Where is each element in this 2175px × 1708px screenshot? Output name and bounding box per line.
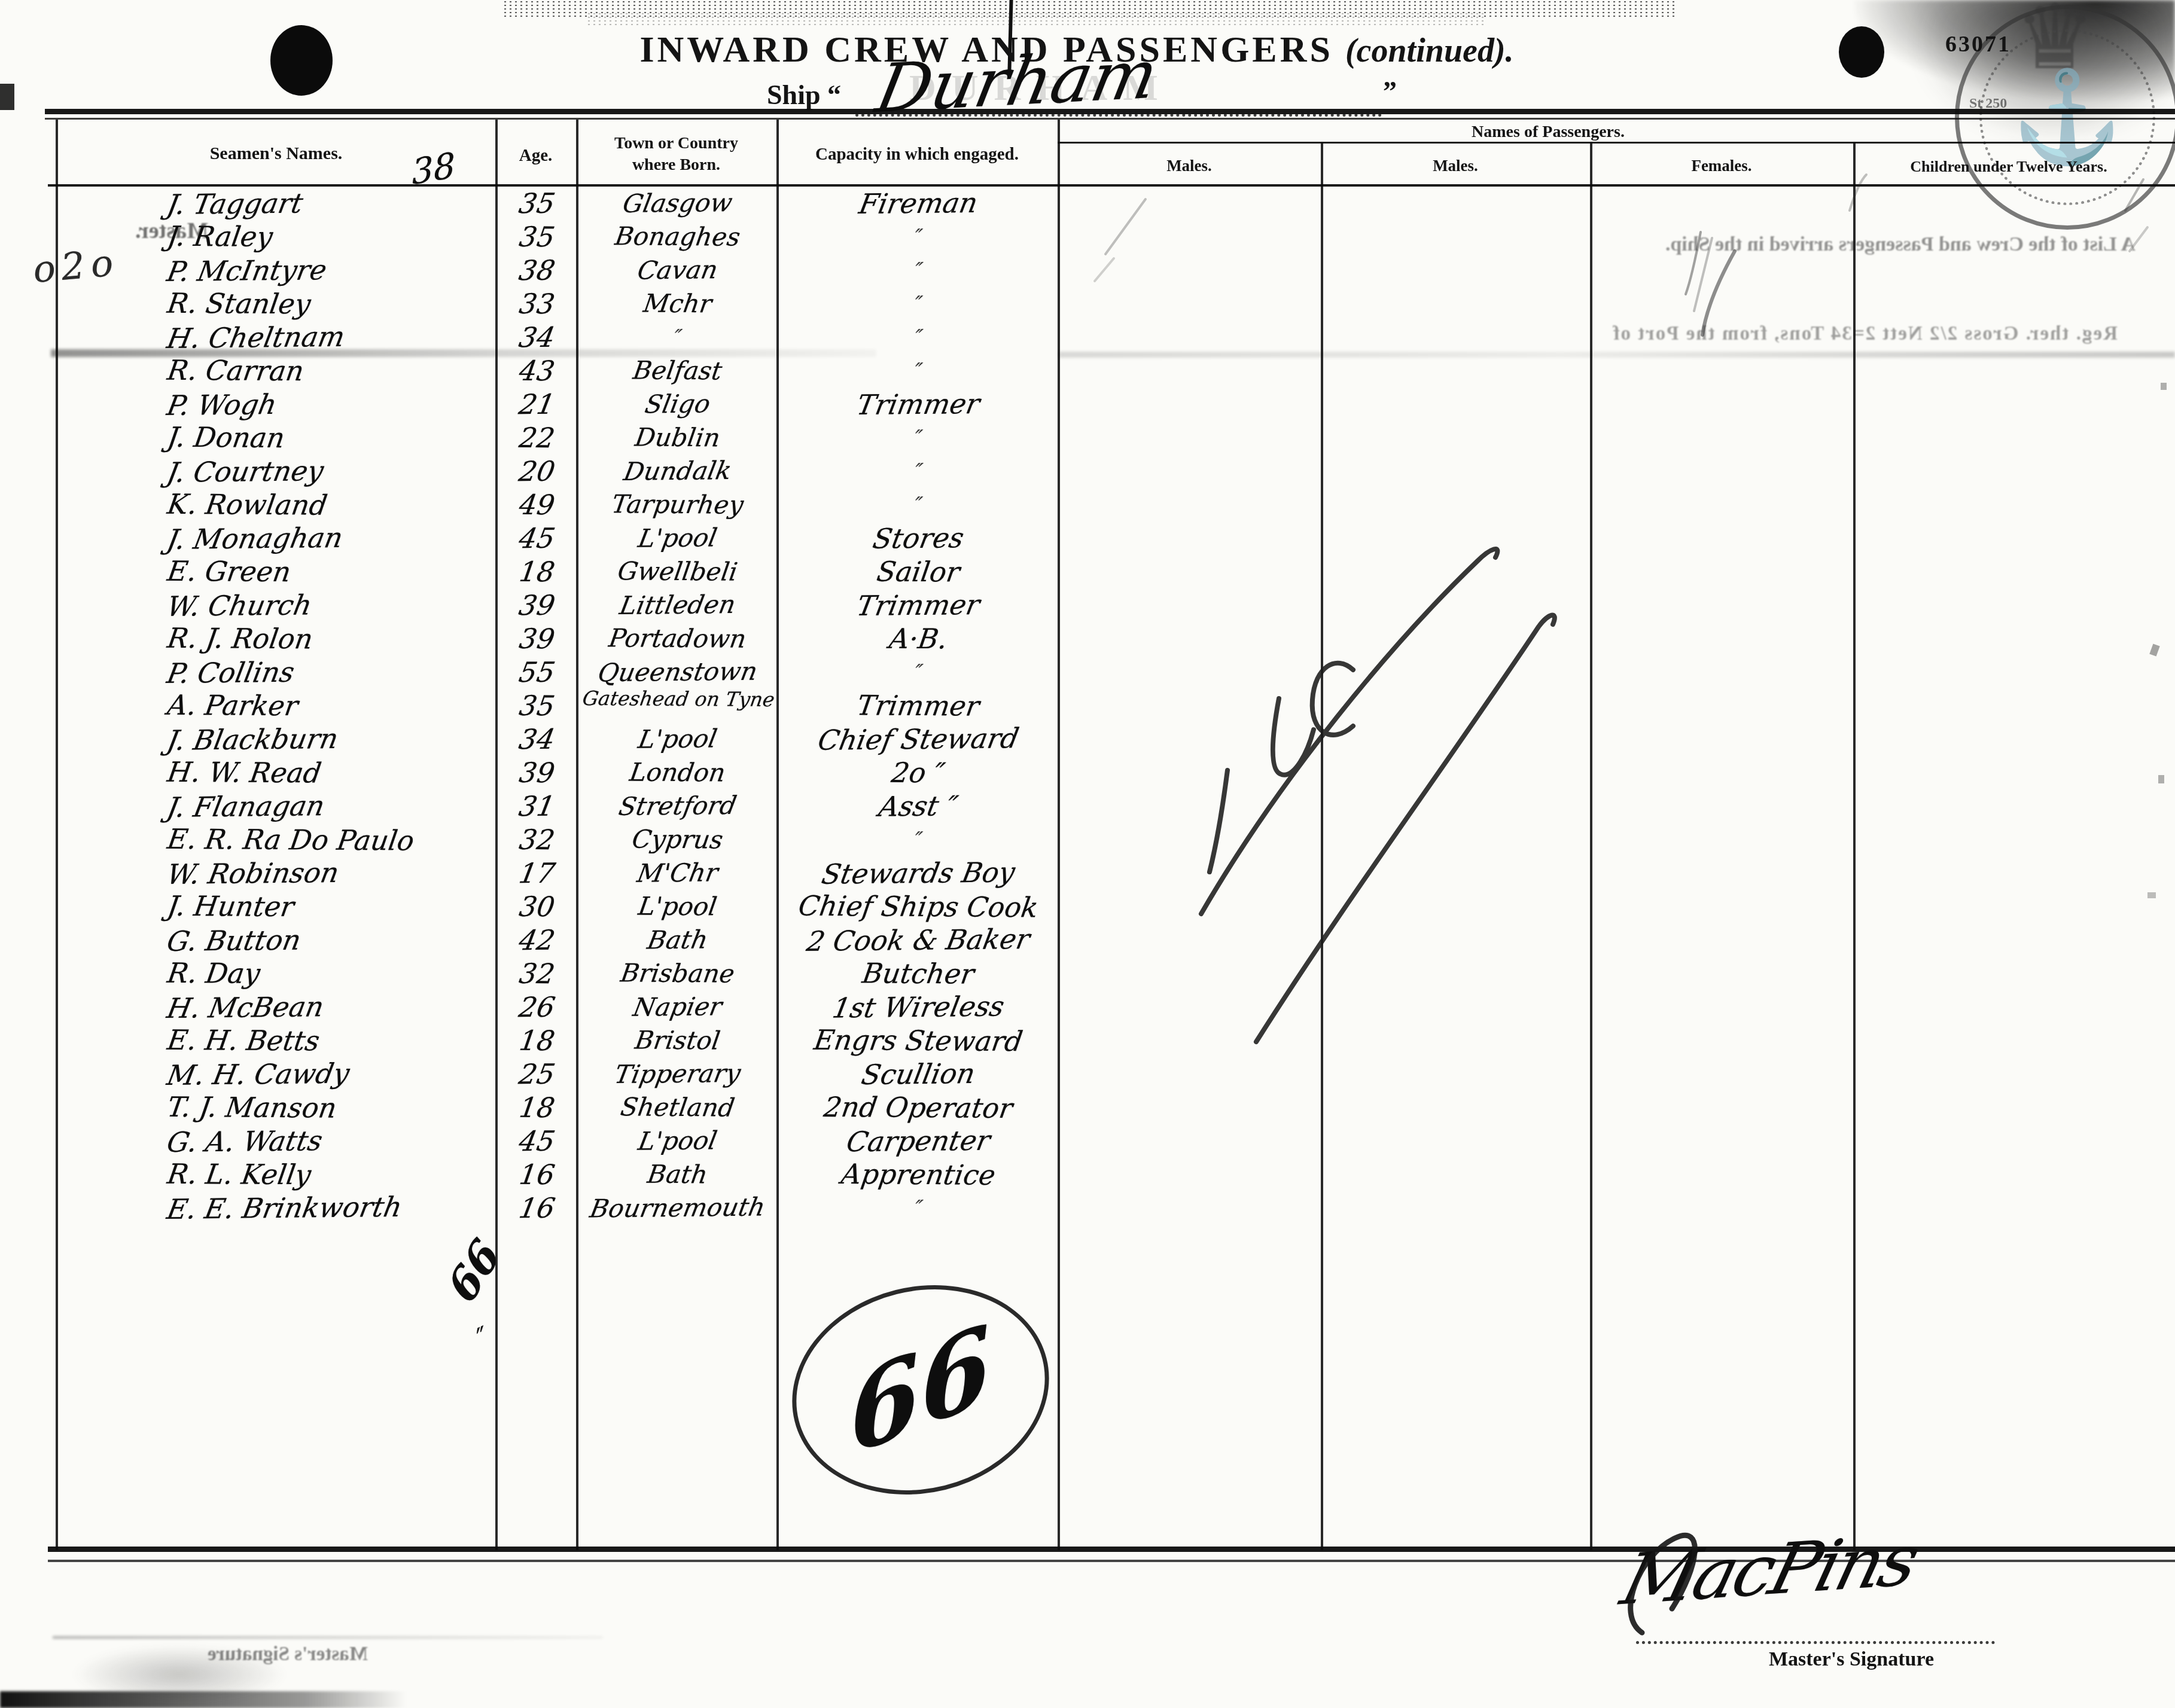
crew-name: P. McIntyre — [53, 252, 500, 291]
crew-name: E. H. Betts — [54, 1023, 499, 1060]
crew-age: 17 — [494, 857, 581, 891]
crew-row: M. H. Cawdy25TipperaryScullion — [57, 1059, 2118, 1092]
crew-town: Napier — [574, 990, 781, 1026]
crew-town: Queenstown — [574, 655, 781, 691]
rule-top-light — [45, 118, 2175, 120]
crew-total: 66 — [438, 1230, 510, 1312]
crew-capacity: Stewards Boy — [774, 856, 1062, 893]
crew-capacity: Apprentice — [775, 1158, 1061, 1193]
crew-row: H. Cheltnam34″″ — [57, 322, 2118, 355]
crew-name: H. McBean — [53, 989, 500, 1027]
crew-age: 26 — [494, 991, 581, 1025]
header-children: Children under Twelve Years. — [1853, 158, 2164, 176]
crew-name: E. E. Brinkworth — [53, 1190, 500, 1228]
crew-age: 16 — [494, 1159, 580, 1193]
crew-row: E. E. Brinkworth16Bournemouth″ — [57, 1192, 2118, 1226]
crew-name: M. H. Cawdy — [53, 1056, 500, 1094]
crew-age: 18 — [494, 1092, 580, 1126]
crew-name: P. Wogh — [53, 386, 500, 425]
crew-name: J. Taggart — [53, 185, 500, 224]
crew-name: J. Blackburn — [53, 721, 500, 760]
crew-capacity: Stores — [774, 521, 1062, 558]
crew-age: 34 — [494, 321, 581, 355]
document-page: ♛ ⚓ St 250 63071 INWARD CREW AND PASSENG… — [0, 0, 2175, 1708]
crew-capacity: 2 Cook & Baker — [774, 923, 1062, 960]
crew-age: 32 — [494, 958, 580, 992]
page-title-continued: (continued). — [1345, 32, 1514, 70]
rule-under-group — [1058, 142, 2175, 144]
crew-row: H. W. Read39London2o ″ — [57, 757, 2118, 791]
crew-town: Belfast — [575, 355, 780, 389]
crew-age: 33 — [494, 288, 580, 322]
crew-name: E. R. Ra Do Paulo — [54, 822, 499, 859]
header-passengers-group: Names of Passengers. — [1058, 123, 2039, 142]
crew-name: H. Cheltnam — [53, 319, 500, 358]
crew-capacity: ″ — [774, 254, 1062, 290]
crew-capacity: ″ — [774, 1191, 1062, 1228]
header-town-line2: where Born. — [576, 155, 776, 175]
crew-age: 34 — [494, 723, 581, 757]
rule-top-heavy — [45, 109, 2175, 114]
anchor-icon: ⚓ — [2012, 65, 2124, 170]
crew-row: E. R. Ra Do Paulo32Cyprus″ — [57, 824, 2118, 858]
crew-name: A. Parker — [54, 688, 499, 725]
crew-name: R. J. Rolon — [54, 621, 499, 658]
crew-town: Sligo — [574, 388, 781, 423]
crew-name: J. Courtney — [53, 453, 500, 492]
crew-row: J. Donan22Dublin″ — [57, 422, 2118, 456]
crew-row: R. Day32BrisbaneButcher — [57, 958, 2118, 992]
crew-row: R. Stanley33Mchr″ — [57, 288, 2118, 322]
crew-age: 42 — [494, 924, 581, 958]
crew-town: M'Chr — [574, 856, 781, 892]
crew-row: T. J. Manson18Shetland2nd Operator — [57, 1092, 2118, 1126]
crew-row: H. McBean26Napier1st Wireless — [57, 992, 2118, 1025]
crew-town: Littleden — [574, 588, 781, 624]
crew-age: 38 — [494, 254, 581, 288]
crew-row: J. Taggart35GlasgowFireman — [57, 188, 2118, 221]
crew-capacity: 2nd Operator — [775, 1091, 1061, 1126]
crew-row: R. J. Rolon39PortadownA·B. — [57, 623, 2118, 657]
crew-capacity: Trimmer — [775, 689, 1061, 724]
header-females: Females. — [1590, 157, 1853, 175]
crew-capacity: Chief Steward — [774, 722, 1062, 759]
crew-town: Tipperary — [574, 1057, 781, 1093]
master-signature-label: Master's Signature — [1723, 1648, 1980, 1671]
crew-town: Glasgow — [574, 187, 781, 222]
crew-age: 32 — [494, 824, 580, 858]
crew-age: 39 — [494, 757, 580, 791]
crew-row: J. Raley35Bonaghes″ — [57, 221, 2118, 255]
crew-row: E. Green18GwellbeliSailor — [57, 556, 2118, 590]
header-males2: Males. — [1321, 157, 1590, 175]
crew-row: R. Carran43Belfast″ — [57, 355, 2118, 389]
crew-row: J. Blackburn34L'poolChief Steward — [57, 724, 2118, 757]
crew-age: 18 — [494, 1025, 580, 1059]
header-town-line1: Town or Country — [576, 134, 776, 153]
punch-hole-left — [270, 25, 333, 96]
crew-town: L'pool — [574, 722, 781, 758]
crew-age: 45 — [494, 1125, 581, 1159]
crew-capacity: ″ — [774, 321, 1062, 357]
crew-capacity: ″ — [775, 287, 1061, 322]
crew-capacity: Butcher — [775, 957, 1061, 992]
crew-name: R. Carran — [54, 353, 499, 390]
crew-age: 35 — [494, 187, 581, 221]
crew-table-body: J. Taggart35GlasgowFiremanJ. Raley35Bona… — [57, 188, 2118, 1226]
crew-name: J. Monaghan — [53, 520, 500, 559]
crew-town: Stretford — [574, 789, 781, 825]
crew-age: 55 — [494, 656, 581, 690]
bleed-signature-line — [53, 1636, 603, 1639]
haze-bottomleft — [72, 1645, 287, 1704]
crew-name: J. Flanagan — [53, 788, 500, 826]
crew-age: 22 — [494, 422, 580, 456]
crew-town: Tarpurhey — [575, 489, 780, 523]
crew-row: P. Wogh21SligoTrimmer — [57, 389, 2118, 422]
edge-dot-3 — [2147, 892, 2156, 898]
crew-name: G. A. Watts — [53, 1123, 500, 1161]
crew-row: P. McIntyre38Cavan″ — [57, 255, 2118, 288]
crew-town: Dublin — [575, 422, 780, 456]
crew-row: W. Robinson17M'ChrStewards Boy — [57, 858, 2118, 891]
crew-town: Cavan — [574, 254, 781, 289]
crew-town: Brisbane — [575, 957, 780, 992]
crew-row: J. Hunter30L'poolChief Ships Cook — [57, 891, 2118, 925]
crew-name: K. Rowland — [54, 487, 499, 524]
crew-age: 43 — [494, 355, 580, 389]
crew-age: 49 — [494, 489, 580, 523]
crew-town: Gwellbeli — [575, 556, 780, 590]
crew-town: Cyprus — [575, 823, 780, 858]
crew-town: London — [575, 757, 780, 791]
crew-age: 39 — [494, 589, 581, 623]
form-number: 63071 — [1945, 31, 2011, 57]
crew-row: J. Courtney20Dundalk″ — [57, 456, 2118, 489]
crew-age: 39 — [494, 623, 580, 657]
crew-name: W. Robinson — [53, 855, 500, 893]
crew-age: 30 — [494, 891, 580, 925]
crew-capacity: Trimmer — [774, 388, 1062, 424]
crew-capacity: Carpenter — [774, 1124, 1062, 1161]
header-capacity: Capacity in which engaged. — [776, 145, 1058, 164]
ship-label: Ship “ — [767, 79, 841, 111]
edge-dot-1 — [2149, 643, 2159, 656]
crew-capacity: Asst ″ — [774, 789, 1062, 826]
crew-row: R. L. Kelly16BathApprentice — [57, 1159, 2118, 1192]
crew-name: J. Hunter — [54, 889, 499, 926]
crew-row: G. A. Watts45L'poolCarpenter — [57, 1126, 2118, 1159]
crew-name: R. Stanley — [54, 286, 499, 323]
crew-town: Portadown — [575, 623, 780, 657]
crew-town: Bath — [575, 1158, 780, 1193]
crew-capacity: 2o ″ — [775, 756, 1061, 791]
ship-close-quote: ” — [1383, 75, 1397, 107]
crew-row: A. Parker35Gateshead on TyneTrimmer — [57, 690, 2118, 724]
circled-total: 66 — [770, 1259, 1071, 1521]
crew-name: J. Raley — [54, 219, 499, 256]
crew-total-ditto: ″ — [473, 1321, 494, 1353]
crew-town: Bonaghes — [575, 221, 780, 255]
crew-name: R. L. Kelly — [54, 1157, 499, 1194]
crew-age: 18 — [494, 556, 580, 590]
crew-town: Gateshead on Tyne — [575, 690, 780, 724]
crew-capacity: ″ — [775, 488, 1061, 523]
crew-age: 16 — [494, 1192, 581, 1226]
crew-row: E. H. Betts18BristolEngrs Steward — [57, 1025, 2118, 1059]
crew-row: W. Church39LittledenTrimmer — [57, 590, 2118, 623]
crew-age: 35 — [494, 221, 580, 255]
crew-name: W. Church — [53, 587, 500, 626]
edge-dot-4 — [2161, 383, 2167, 390]
crew-town: L'pool — [574, 1124, 781, 1160]
crew-town: Bristol — [575, 1024, 780, 1059]
circled-total-value: 66 — [846, 1300, 995, 1480]
crew-capacity: Chief Ships Cook — [775, 890, 1061, 925]
crew-town: Shetland — [575, 1091, 780, 1126]
crew-town: ″ — [574, 321, 781, 356]
master-signature-handwritten: MacPins — [1614, 1519, 1926, 1621]
crew-name: H. W. Read — [54, 755, 499, 792]
crew-name: E. Green — [54, 554, 499, 591]
crew-capacity: ″ — [775, 354, 1061, 389]
crew-capacity: Fireman — [774, 187, 1062, 223]
crew-age: 31 — [494, 790, 581, 824]
crew-age: 25 — [494, 1058, 581, 1092]
crew-age: 20 — [494, 455, 581, 489]
crew-age: 35 — [494, 690, 580, 724]
crew-town: L'pool — [575, 890, 780, 925]
crew-name: T. J. Manson — [54, 1090, 499, 1127]
crew-capacity: Trimmer — [774, 588, 1062, 625]
crew-town: Bath — [574, 923, 781, 959]
header-age: Age. — [495, 146, 576, 166]
edge-dot-2 — [2158, 775, 2164, 783]
crew-town: Bournemouth — [574, 1191, 781, 1227]
signature-dotted-line — [1636, 1641, 1995, 1644]
crew-capacity: Scullion — [774, 1057, 1062, 1094]
crew-row: J. Monaghan45L'poolStores — [57, 523, 2118, 556]
crew-town: Mchr — [575, 288, 780, 322]
crew-name: J. Donan — [54, 420, 499, 457]
crew-capacity: Engrs Steward — [775, 1024, 1061, 1059]
crew-age: 21 — [494, 388, 581, 422]
header-males1: Males. — [1058, 157, 1321, 175]
crew-row: P. Collins55Queenstown″ — [57, 657, 2118, 690]
crew-town: Dundalk — [574, 455, 781, 490]
punch-hole-right — [1839, 26, 1884, 78]
crew-row: K. Rowland49Tarpurhey″ — [57, 489, 2118, 523]
crew-name: P. Collins — [53, 654, 500, 693]
crew-capacity: ″ — [775, 220, 1061, 255]
crew-capacity: ″ — [775, 421, 1061, 456]
crew-capacity: 1st Wireless — [774, 990, 1062, 1027]
crew-capacity: ″ — [775, 823, 1061, 858]
crew-row: J. Flanagan31StretfordAsst ″ — [57, 791, 2118, 824]
crew-town: L'pool — [574, 521, 781, 557]
crew-capacity: ″ — [774, 455, 1062, 491]
crew-capacity: A·B. — [775, 622, 1061, 657]
edge-mark-left — [0, 84, 14, 110]
crew-capacity: ″ — [774, 655, 1062, 692]
rule-under-headers — [48, 184, 2175, 187]
crew-name: R. Day — [54, 956, 499, 993]
crew-capacity: Sailor — [775, 555, 1061, 590]
crew-age: 45 — [494, 522, 581, 556]
crew-name: G. Button — [53, 922, 500, 960]
scan-noise-top2 — [586, 12, 1483, 25]
crew-row: G. Button42Bath2 Cook & Baker — [57, 925, 2118, 958]
